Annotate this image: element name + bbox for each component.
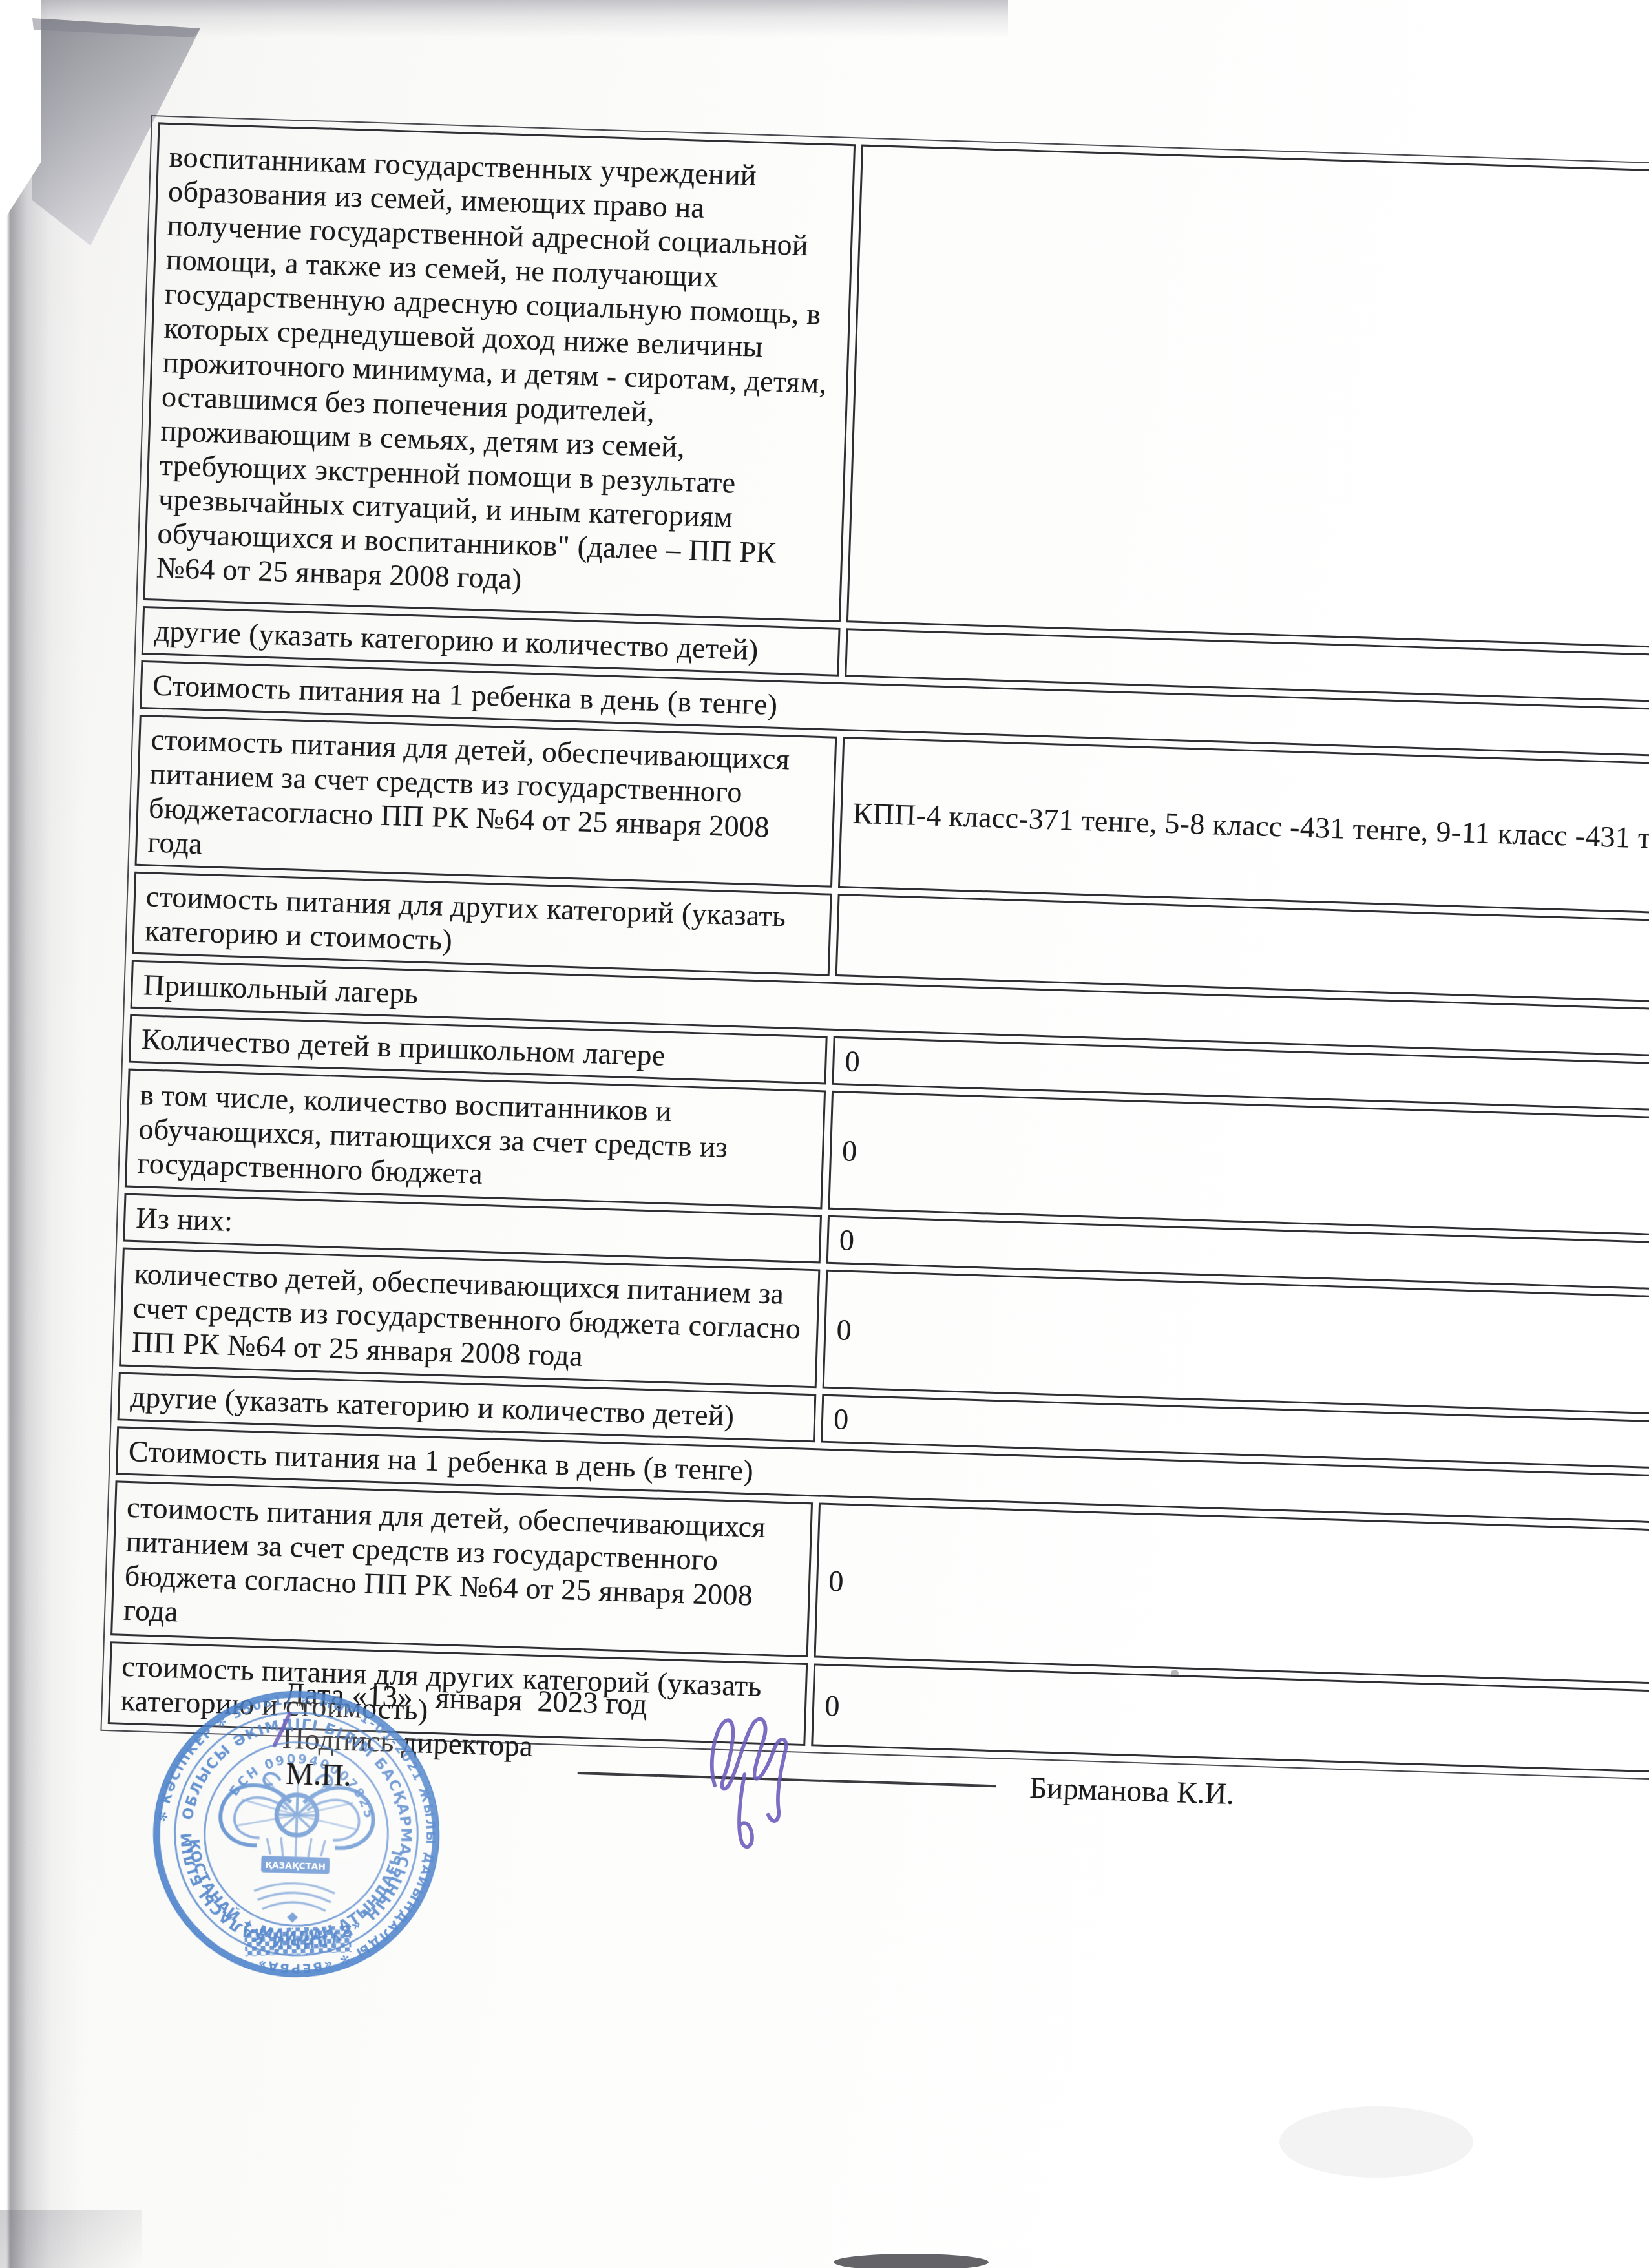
nutrition-report-table: воспитанникам государственных учреждений…: [100, 115, 1649, 1781]
table-row: воспитанникам государственных учреждений…: [143, 122, 1649, 651]
scan-top-edge-shadow: [0, 0, 1008, 37]
table-cell-label: стоимость питания для детей, обеспечиваю…: [110, 1480, 813, 1657]
scan-left-edge-shadow: [0, 0, 84, 2268]
scan-bottom-smudge: [834, 2254, 989, 2268]
scan-faint-smudge: [1279, 2106, 1473, 2178]
table-cell-label: количество детей, обеспечивающихся питан…: [119, 1247, 820, 1388]
director-signature-ink: [674, 1694, 817, 1856]
table-cell-value: КПП-4 класс-371 тенге, 5-8 класс -431 те…: [838, 737, 1649, 916]
table-cell-label: стоимость питания для детей, обеспечиваю…: [134, 715, 837, 888]
table-cell-value: 0: [823, 1270, 1649, 1417]
scan-bottom-left-shade: [0, 2210, 142, 2268]
table-cell-value: 0: [814, 1503, 1649, 1686]
scanned-page: { "page": { "table": { "rows": [ {"kind"…: [0, 0, 1649, 2268]
table-cell-value: [846, 145, 1649, 651]
director-name: Бирманова К.И.: [1029, 1770, 1235, 1812]
table-cell-label: в том числе, количество воспитанников и …: [125, 1069, 826, 1210]
table-cell-label: воспитанникам государственных учреждений…: [143, 122, 856, 622]
stamp-place-mark: М.П.: [286, 1756, 352, 1794]
table-cell-value: 0: [828, 1091, 1649, 1238]
table-cell-label: стоимость питания для других категорий (…: [132, 872, 832, 976]
document-content-layer: воспитанникам государственных учреждений…: [100, 115, 1649, 1782]
ink-tick-mark: [267, 1708, 298, 1751]
